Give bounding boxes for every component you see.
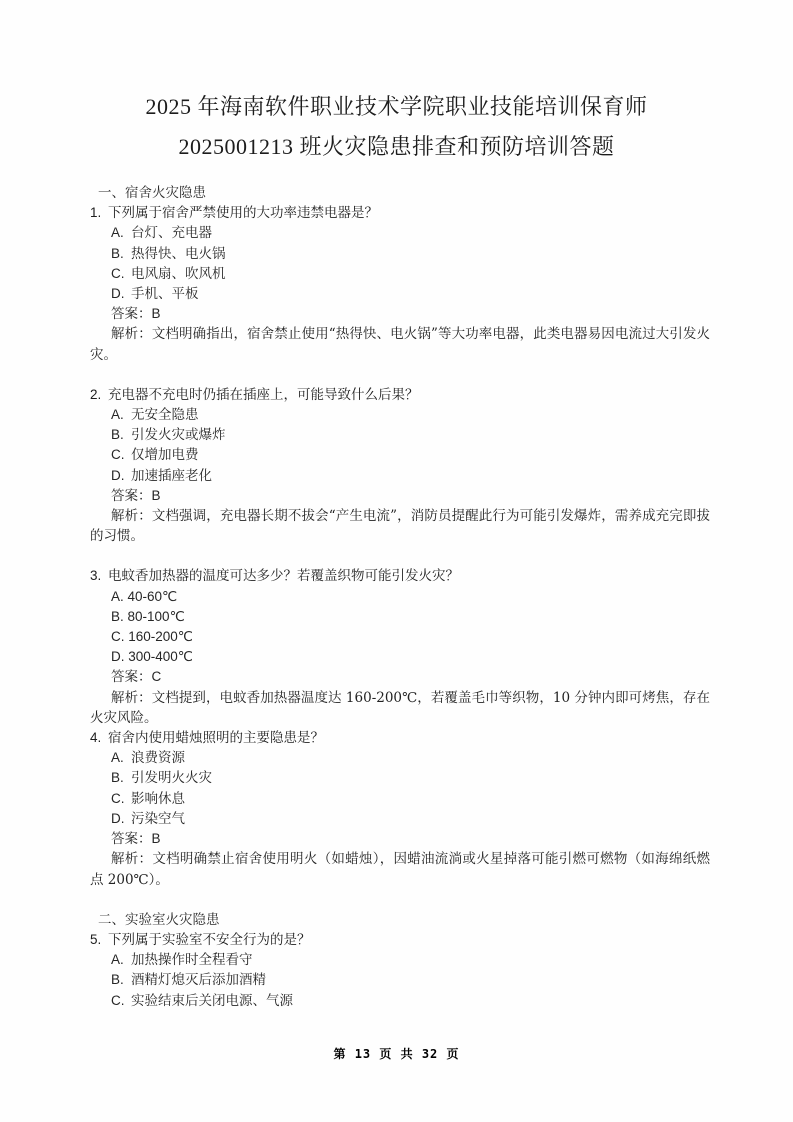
document-page: 2025 年海南软件职业技术学院职业技能培训保育师 2025001213 班火灾… xyxy=(0,0,793,1122)
question-5: 5.下列属于实验室不安全行为的是？ xyxy=(90,930,710,950)
option-c: C.电风扇、吹风机 xyxy=(90,264,710,284)
option-text: 加速插座老化 xyxy=(131,468,212,484)
question-3: 3.电蚊香加热器的温度可达多少？若覆盖织物可能引发火灾？ xyxy=(90,566,710,586)
option-text: 引发火灾或爆炸 xyxy=(131,427,226,443)
option-d: D. 300-400℃ xyxy=(90,647,710,667)
document-title-line-2: 2025001213 班火灾隐患排查和预防培训答题 xyxy=(0,130,793,161)
option-b: B.引发火灾或爆炸 xyxy=(90,425,710,445)
option-letter: D. xyxy=(111,649,125,664)
option-b: B. 80-100℃ xyxy=(90,607,710,627)
option-text: 酒精灯熄灭后添加酒精 xyxy=(131,972,266,988)
option-b: B.酒精灯熄灭后添加酒精 xyxy=(90,970,710,990)
option-text: 160-200℃ xyxy=(128,629,193,644)
answer-line: 答案：B xyxy=(90,304,710,324)
option-c: C.实验结束后关闭电源、气源 xyxy=(90,991,710,1011)
option-letter: A. xyxy=(111,950,131,970)
question-1: 1.下列属于宿舍严禁使用的大功率违禁电器是？ xyxy=(90,203,710,223)
option-text: 手机、平板 xyxy=(131,286,199,302)
option-letter: B. xyxy=(111,609,124,624)
analysis-text: 解析：文档明确指出，宿舍禁止使用“热得快、电火锅”等大功率电器，此类电器易因电流… xyxy=(90,324,710,364)
option-d: D.加速插座老化 xyxy=(90,466,710,486)
answer-value: C xyxy=(152,669,162,684)
option-text: 热得快、电火锅 xyxy=(131,246,226,262)
option-text: 污染空气 xyxy=(131,811,185,827)
question-text: 下列属于宿舍严禁使用的大功率违禁电器是？ xyxy=(108,205,378,221)
document-title-line-1: 2025 年海南软件职业技术学院职业技能培训保育师 xyxy=(0,90,793,121)
option-text: 实验结束后关闭电源、气源 xyxy=(131,993,293,1009)
option-d: D.手机、平板 xyxy=(90,284,710,304)
option-letter: D. xyxy=(111,809,131,829)
option-letter: A. xyxy=(111,223,131,243)
answer-label: 答案： xyxy=(111,488,152,504)
question-text: 电蚊香加热器的温度可达多少？若覆盖织物可能引发火灾？ xyxy=(108,568,459,584)
option-a: A.台灯、充电器 xyxy=(90,223,710,243)
option-letter: D. xyxy=(111,284,131,304)
answer-label: 答案： xyxy=(111,669,152,685)
spacer xyxy=(90,890,710,910)
answer-value: B xyxy=(152,831,161,846)
question-number: 1. xyxy=(90,203,108,223)
option-letter: C. xyxy=(111,445,131,465)
option-letter: C. xyxy=(111,629,125,644)
document-body: 一、宿舍火灾隐患 1.下列属于宿舍严禁使用的大功率违禁电器是？ A.台灯、充电器… xyxy=(90,183,710,1011)
option-a: A.加热操作时全程看守 xyxy=(90,950,710,970)
option-text: 300-400℃ xyxy=(128,649,193,664)
option-a: A.无安全隐患 xyxy=(90,405,710,425)
question-2: 2.充电器不充电时仍插在插座上，可能导致什么后果？ xyxy=(90,385,710,405)
option-b: B.引发明火火灾 xyxy=(90,768,710,788)
option-a: A. 40-60℃ xyxy=(90,587,710,607)
option-text: 加热操作时全程看守 xyxy=(131,952,253,968)
answer-label: 答案： xyxy=(111,831,152,847)
analysis-text: 解析：文档强调，充电器长期不拔会“产生电流”，消防员提醒此行为可能引发爆炸，需养… xyxy=(90,506,710,546)
option-d: D.污染空气 xyxy=(90,809,710,829)
analysis-text: 解析：文档明确禁止宿舍使用明火（如蜡烛），因蜡油流淌或火星掉落可能引燃可燃物（如… xyxy=(90,849,710,889)
option-text: 40-60℃ xyxy=(128,589,178,604)
option-letter: A. xyxy=(111,405,131,425)
option-letter: C. xyxy=(111,991,131,1011)
page-number-footer: 第 13 页 共 32 页 xyxy=(0,1045,793,1062)
option-letter: C. xyxy=(111,789,131,809)
option-letter: B. xyxy=(111,425,131,445)
option-text: 引发明火火灾 xyxy=(131,770,212,786)
answer-line: 答案：B xyxy=(90,829,710,849)
option-text: 80-100℃ xyxy=(128,609,185,624)
spacer xyxy=(90,365,710,385)
question-number: 5. xyxy=(90,930,108,950)
question-text: 下列属于实验室不安全行为的是？ xyxy=(108,932,311,948)
section-heading: 一、宿舍火灾隐患 xyxy=(90,183,710,203)
option-text: 电风扇、吹风机 xyxy=(131,266,226,282)
question-number: 3. xyxy=(90,566,108,586)
question-number: 2. xyxy=(90,385,108,405)
option-letter: D. xyxy=(111,466,131,486)
option-text: 浪费资源 xyxy=(131,750,185,766)
option-a: A.浪费资源 xyxy=(90,748,710,768)
analysis-text: 解析：文档提到，电蚊香加热器温度达 160-200℃，若覆盖毛巾等织物，10 分… xyxy=(90,688,710,728)
question-text: 充电器不充电时仍插在插座上，可能导致什么后果？ xyxy=(108,387,419,403)
option-text: 仅增加电费 xyxy=(131,447,199,463)
option-c: C.仅增加电费 xyxy=(90,445,710,465)
option-letter: A. xyxy=(111,589,124,604)
answer-label: 答案： xyxy=(111,306,152,322)
section-heading: 二、实验室火灾隐患 xyxy=(90,910,710,930)
answer-value: B xyxy=(152,488,161,503)
option-c: C. 160-200℃ xyxy=(90,627,710,647)
question-4: 4.宿舍内使用蜡烛照明的主要隐患是？ xyxy=(90,728,710,748)
option-letter: B. xyxy=(111,768,131,788)
option-text: 台灯、充电器 xyxy=(131,225,212,241)
answer-line: 答案：C xyxy=(90,667,710,687)
option-letter: A. xyxy=(111,748,131,768)
option-c: C.影响休息 xyxy=(90,789,710,809)
answer-value: B xyxy=(152,306,161,321)
option-b: B.热得快、电火锅 xyxy=(90,244,710,264)
option-letter: C. xyxy=(111,264,131,284)
option-text: 影响休息 xyxy=(131,791,185,807)
answer-line: 答案：B xyxy=(90,486,710,506)
question-number: 4. xyxy=(90,728,108,748)
option-letter: B. xyxy=(111,244,131,264)
spacer xyxy=(90,546,710,566)
question-text: 宿舍内使用蜡烛照明的主要隐患是？ xyxy=(108,730,324,746)
option-text: 无安全隐患 xyxy=(131,407,199,423)
option-letter: B. xyxy=(111,970,131,990)
